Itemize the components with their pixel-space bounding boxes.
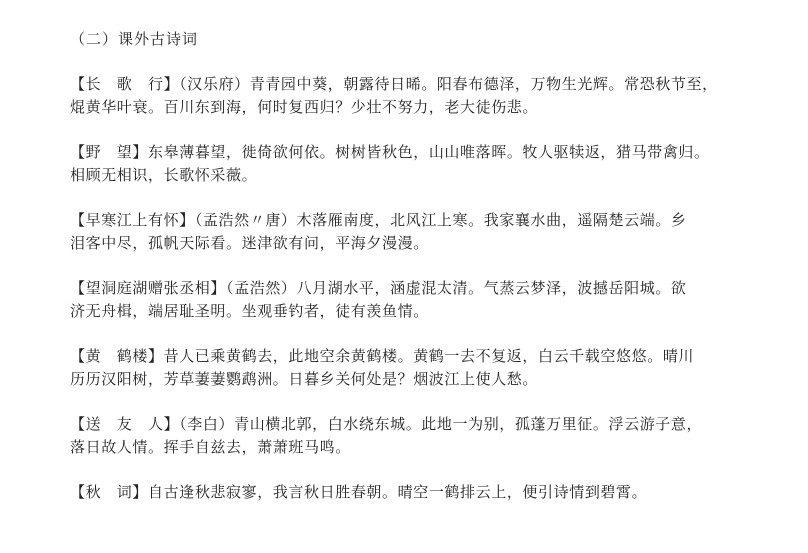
poem-author: （孟浩然〃唐）: [195, 211, 297, 229]
poem-line: 青山横北郭，白水绕东城。此地一为别，孤蓬万里征。浮云游子意，: [234, 415, 702, 433]
poem-line: 昔人已乘黄鹤去，此地空余黄鹤楼。黄鹤一去不复返，白云千载空悠悠。晴川: [164, 347, 694, 365]
poem-title: 【黄 鹤楼】: [70, 347, 164, 365]
poem-line: 木落雁南度，北风江上寒。我家襄水曲，遥隔楚云端。乡: [297, 211, 687, 229]
poem-title: 【野 望】: [70, 143, 148, 161]
poem-line: 落日故人情。挥手自兹去，萧萧班马鸣。: [70, 438, 351, 456]
poem-line: 青青园中葵，朝露待日晞。阳春布德泽，万物生光辉。常恐秋节至，: [250, 75, 718, 93]
poem-author: （汉乐府）: [179, 75, 250, 93]
poem-line: 相顾无相识，长歌怀采薇。: [70, 166, 257, 184]
poem-song-you-ren: 【送 友 人】（李白）青山横北郭，白水绕东城。此地一为别，孤蓬万里征。浮云游子意…: [70, 413, 750, 459]
poem-huang-he-lou: 【黄 鹤楼】昔人已乘黄鹤去，此地空余黄鹤楼。黄鹤一去不复返，白云千载空悠悠。晴川…: [70, 345, 750, 391]
poem-line: 泪客中尽，孤帆天际看。迷津欲有问，平海夕漫漫。: [70, 234, 429, 252]
poem-line: 焜黄华叶衰。百川东到海，何时复西归？少壮不努力，老大徒伤悲。: [70, 98, 538, 116]
poem-author: （孟浩然）: [226, 279, 297, 297]
poem-wang-dong-ting-hu: 【望洞庭湖赠张丞相】（孟浩然）八月湖水平，涵虚混太清。气蒸云梦泽，波撼岳阳城。欲…: [70, 277, 750, 323]
poem-title: 【望洞庭湖赠张丞相】: [70, 279, 226, 297]
document-page: （二）课外古诗词 【长 歌 行】（汉乐府）青青园中葵，朝露待日晞。阳春布德泽，万…: [70, 28, 750, 526]
section-title: （二）课外古诗词: [70, 28, 750, 51]
poem-title: 【秋 词】: [70, 483, 148, 501]
poem-line: 历历汉阳树，芳草萋萋鹦鹉洲。日暮乡关何处是？烟波江上使人愁。: [70, 370, 538, 388]
poem-line: 济无舟楫，端居耻圣明。坐观垂钓者，徒有羡鱼情。: [70, 302, 429, 320]
poem-line: 东皋薄暮望，徙倚欲何依。树树皆秋色，山山唯落晖。牧人驱犊返，猎马带禽归。: [148, 143, 710, 161]
poem-title: 【早寒江上有怀】: [70, 211, 195, 229]
poem-line: 自古逢秋悲寂寥，我言秋日胜春朝。晴空一鹤排云上，便引诗情到碧霄。: [148, 483, 647, 501]
poem-ye-wang: 【野 望】东皋薄暮望，徙倚欲何依。树树皆秋色，山山唯落晖。牧人驱犊返，猎马带禽归…: [70, 141, 750, 187]
poem-chang-ge-xing: 【长 歌 行】（汉乐府）青青园中葵，朝露待日晞。阳春布德泽，万物生光辉。常恐秋节…: [70, 73, 750, 119]
poem-line: 八月湖水平，涵虚混太清。气蒸云梦泽，波撼岳阳城。欲: [297, 279, 687, 297]
poem-author: （李白）: [179, 415, 234, 433]
poem-zao-han-jiang-shang-you-huai: 【早寒江上有怀】（孟浩然〃唐）木落雁南度，北风江上寒。我家襄水曲，遥隔楚云端。乡…: [70, 209, 750, 255]
poem-title: 【送 友 人】: [70, 415, 179, 433]
poem-title: 【长 歌 行】: [70, 75, 179, 93]
poem-qiu-ci: 【秋 词】自古逢秋悲寂寥，我言秋日胜春朝。晴空一鹤排云上，便引诗情到碧霄。: [70, 481, 750, 504]
